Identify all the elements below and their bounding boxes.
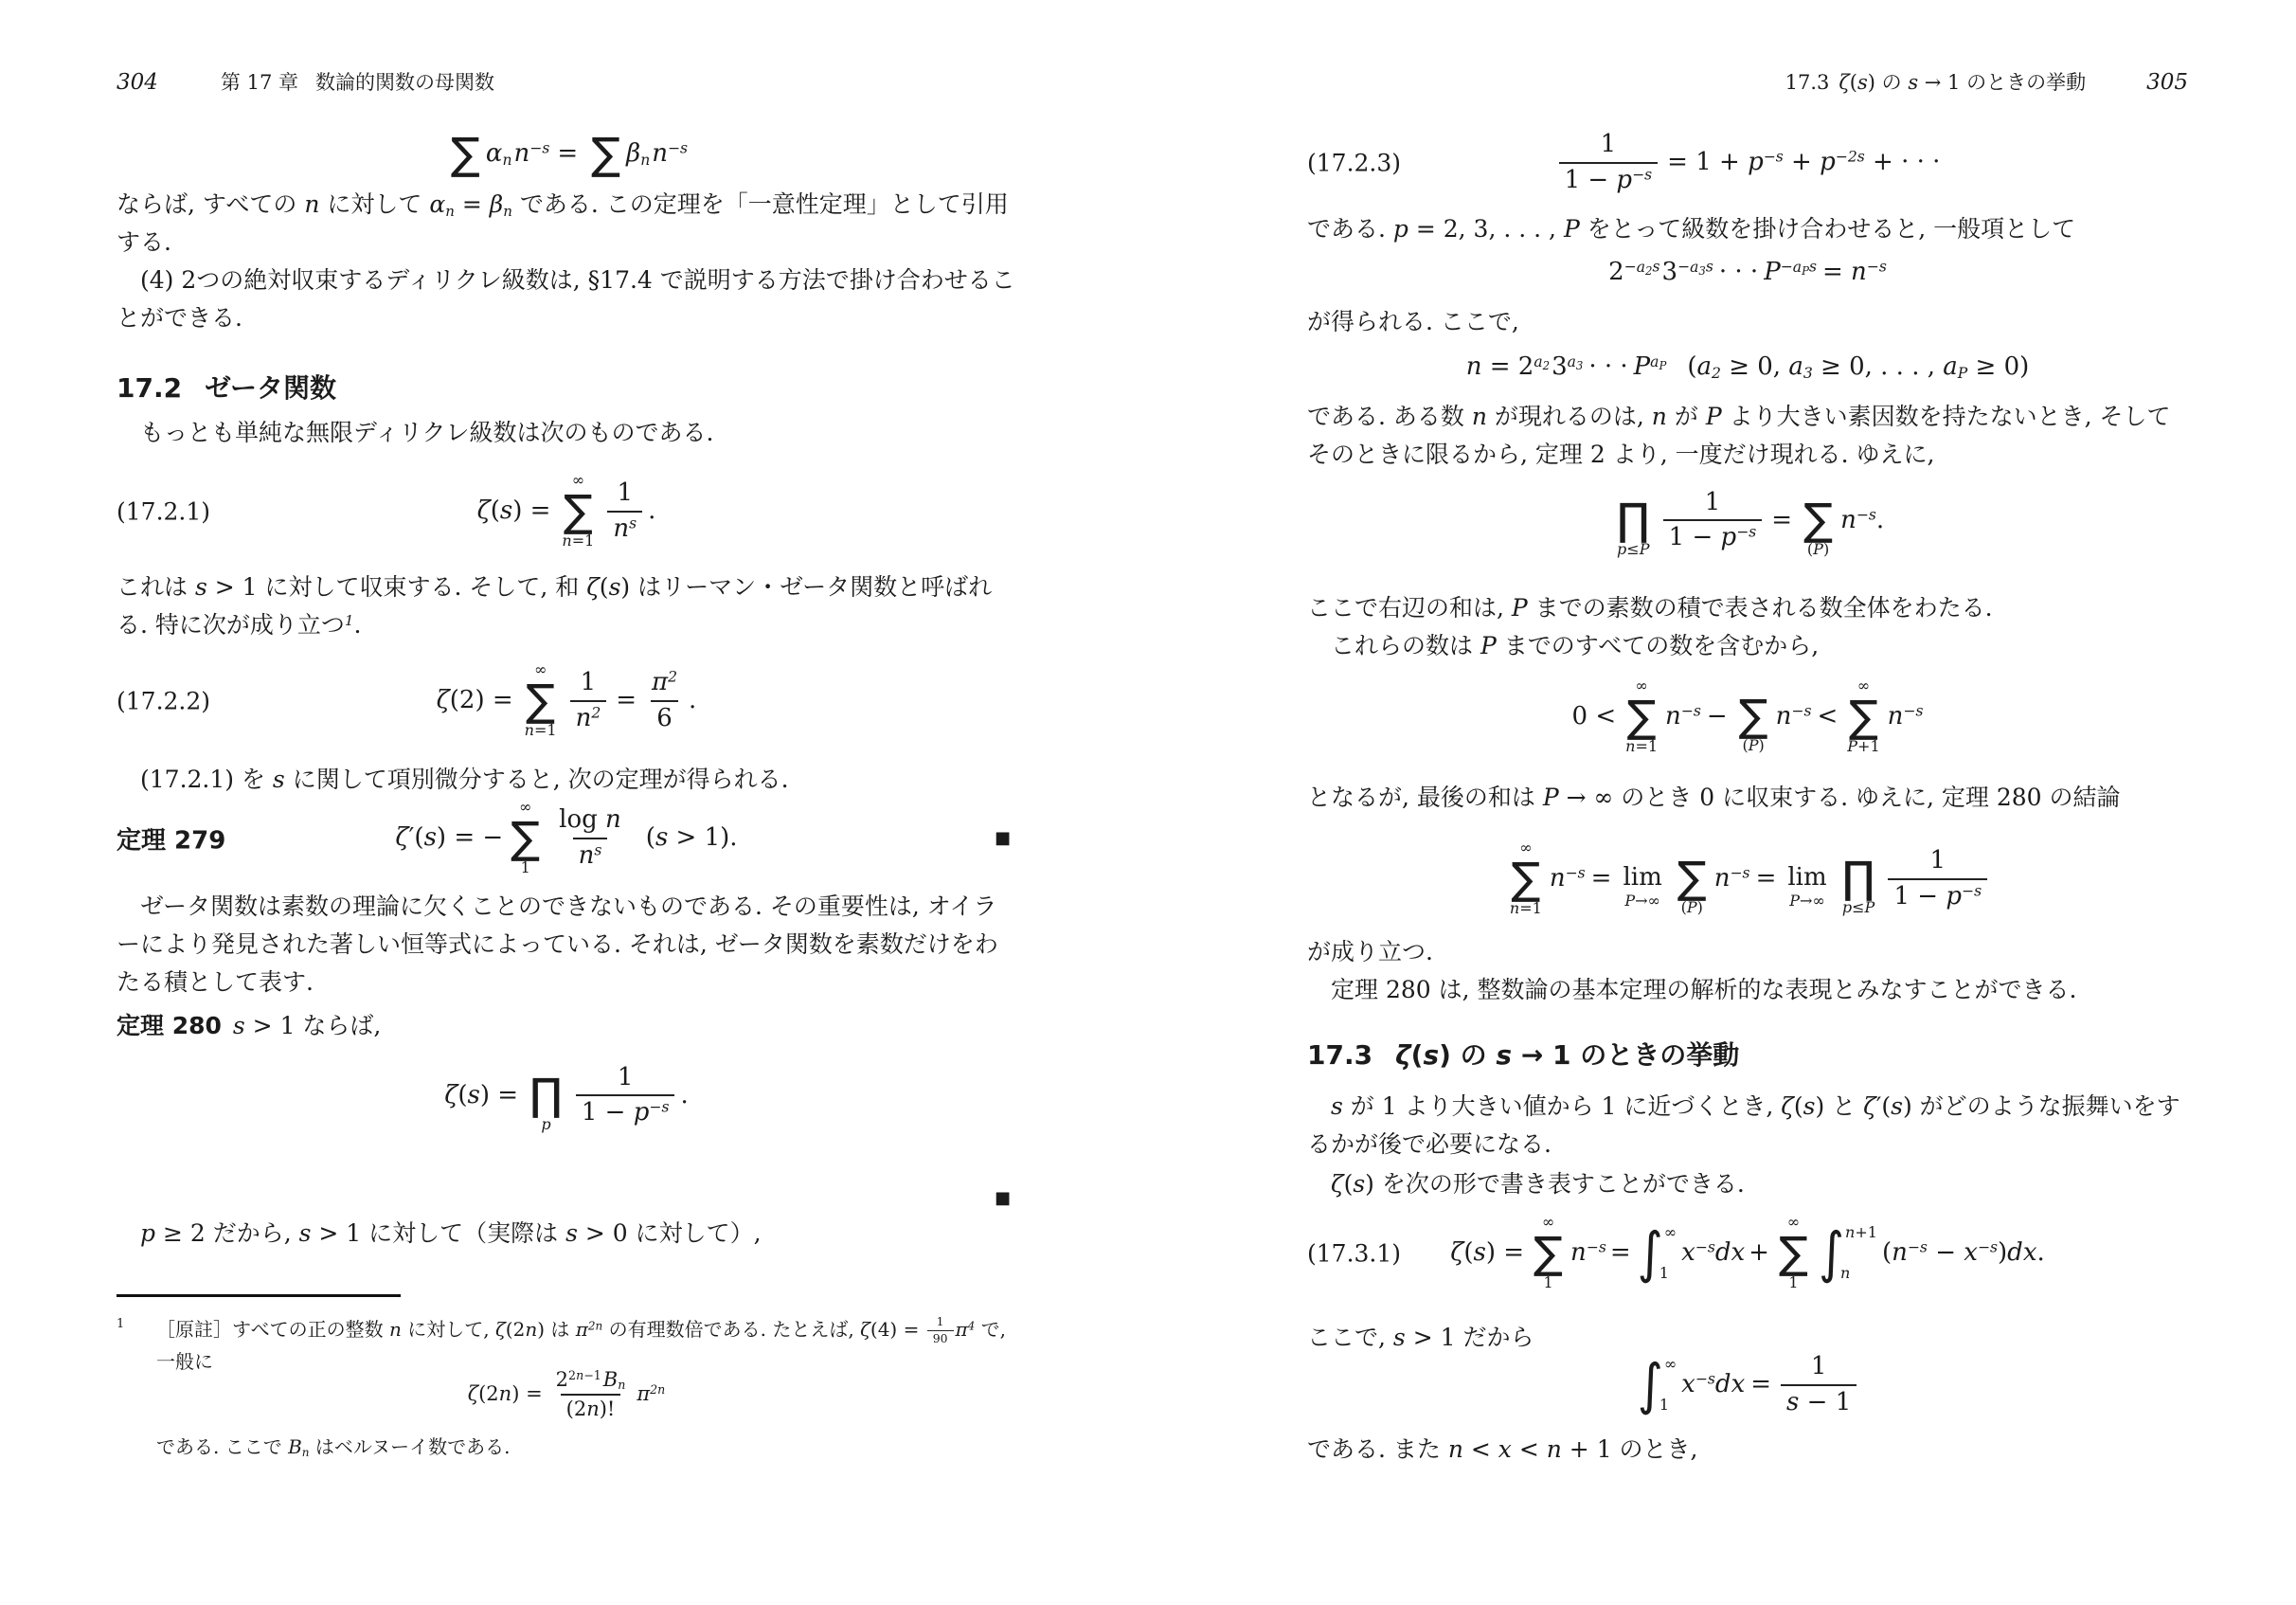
math-text: ) (1823, 540, 1829, 560)
superscript: 2 (591, 704, 601, 721)
operator-lower-limit: n=1 (1625, 737, 1658, 757)
math-text: 2 (650, 1382, 657, 1397)
math-text: 第 17 章 (221, 71, 298, 94)
math-text: ( (1850, 71, 1857, 94)
math-text: ここで右辺の和は, (1307, 594, 1512, 622)
math-text: 6 (656, 704, 673, 732)
math-text: ≤ (1852, 898, 1864, 918)
superscript: −s (1764, 149, 1784, 166)
math-text: P (1865, 898, 1875, 918)
math-text: = (455, 190, 490, 218)
math-text: ( (1794, 1092, 1803, 1120)
limit-operator: limP→∞ (1787, 846, 1826, 911)
math-text: 17.2 (117, 372, 182, 404)
math-text: n (1472, 403, 1487, 430)
math-text: n (1845, 1223, 1855, 1243)
fraction: 190 (927, 1314, 954, 1347)
operator-lower-limit: p≤P (1617, 540, 1649, 560)
qed-marker: ■ (995, 830, 1011, 847)
math-text: 1 − (1893, 882, 1946, 911)
math-text: もっとも単純な無限ディリクレ級数は次のものである. (140, 419, 713, 446)
math-text: −1 (583, 1368, 601, 1382)
math-text: ) の (1439, 1039, 1496, 1071)
math-text: ≥ 0) (1967, 352, 2029, 384)
fraction: 11 − p−s (1559, 128, 1659, 198)
equation: ζ(s) =∞∑n=11ns. (477, 471, 656, 551)
para-express-form: ζ(s) を次の形で書き表すことができる. (1307, 1165, 2188, 1203)
math-text: ゼータ関数 (205, 372, 336, 404)
math-text: > 1 ならば, (245, 1012, 382, 1039)
superscript: a2 (1534, 353, 1550, 370)
right-page: 17.3ζ(s) の s → 1 のときの挙動 305 (17.2.3)11 −… (1307, 0, 2188, 1605)
math-text: − 1 (1799, 1388, 1851, 1416)
spacer (1611, 878, 1617, 880)
math-text: ( (1882, 1237, 1892, 1270)
math-text: n (1547, 1435, 1562, 1463)
math-text: ［原註］すべての正の整数 (156, 1318, 389, 1341)
math-text: αn (429, 190, 455, 218)
math-text: n (1466, 352, 1482, 384)
math-text: ) の (1868, 71, 1909, 94)
big-operator: ∞∑1 (511, 798, 540, 878)
spacer (1829, 87, 1839, 89)
math-text: ) = − (437, 822, 503, 855)
math-text: βn (490, 190, 512, 218)
integral-limits: ∞1 (1664, 1355, 1677, 1416)
math-text: 1 (1930, 846, 1946, 875)
spacer (1668, 878, 1672, 880)
qed-row: ■ (117, 1184, 1016, 1213)
math-text: n (605, 805, 621, 834)
display-eq-uniqueness: ∑αnn−s=∑βnn−s (117, 127, 1016, 182)
math-text: P (1749, 736, 1759, 756)
subscript: 2 (1712, 365, 1721, 382)
operator-symbol: ∑ (591, 134, 620, 175)
math-text: ( (457, 1080, 467, 1112)
section-heading-17-2: 17.2ゼータ関数 (117, 371, 1016, 406)
math-text: ζ (444, 1080, 457, 1112)
math-text: ( (1463, 1237, 1473, 1270)
math-text: 定理 280 は, 整数論の基本定理の解析的な表現とみなすことができる. (1331, 976, 2076, 1003)
math-text: である. また (1307, 1435, 1448, 1463)
math-text: + (1784, 147, 1820, 179)
math-text: ゼータ関数は素数の理論に欠くことのできないものである. その重要性は, オイラー… (117, 893, 998, 996)
math-text: s (1423, 1039, 1439, 1071)
math-text: ζ (1863, 1092, 1876, 1120)
math-text: 定理 280 (117, 1012, 222, 1039)
math-text: 1 (937, 1314, 944, 1328)
math-text: 1 (1601, 130, 1617, 158)
math-text: ζ (468, 1381, 478, 1407)
math-text: > 1). (668, 822, 737, 855)
math-text: s (1652, 259, 1659, 276)
math-text: n−s (652, 138, 688, 171)
display-eq-n-factorization: n = 2a23a3· · ·PaP(a2 ≥ 0, a3 ≥ 0, . . .… (1307, 344, 2188, 391)
fraction-numerator: log n (553, 803, 627, 838)
equation: ∏p≤P11 − p−s=∑(P)n−s. (1611, 481, 1884, 560)
math-text: ) は (537, 1318, 576, 1341)
big-operator: ∞∑n=1 (1510, 839, 1542, 919)
equation: ζ(2n) =22n−1Bn(2n)!π2n (468, 1366, 666, 1424)
fraction-numerator: 22n−1Bn (550, 1366, 632, 1394)
fraction: 1s − 1 (1781, 1350, 1857, 1420)
operator-lower-limit: 1 (1788, 1273, 1798, 1293)
big-operator: ∏p≤P (1842, 839, 1875, 918)
footnote-equation: ζ(2n) =22n−1Bn(2n)!π2n (117, 1362, 1016, 1428)
math-text: = (1750, 1369, 1771, 1401)
math-text: n (576, 1368, 583, 1382)
math-text: P (1564, 215, 1580, 243)
fraction-denominator: (2n)! (561, 1394, 621, 1423)
math-text: ≥ 2 だから, (155, 1219, 299, 1247)
spacer (1833, 878, 1837, 880)
math-text: → 1 のときの挙動 (1918, 71, 2086, 94)
math-text: = 2, 3, . . . , (1408, 215, 1564, 243)
math-text: の有理数倍である. たとえば, (602, 1318, 860, 1341)
operator-lower-limit: (P) (1743, 736, 1765, 756)
subscript: n (302, 1446, 310, 1459)
math-text: が現れるのは, (1487, 403, 1652, 430)
fraction-denominator: 1 − p−s (1663, 519, 1763, 555)
math-text: = (1771, 505, 1792, 537)
para-item4: (4) 2つの絶対収束するディリクレ級数は, §17.4 で説明する方法で掛け合… (117, 261, 1016, 337)
operator-symbol: ∑ (1534, 1233, 1563, 1274)
left-page: 304 第 17 章数論的関数の母関数 ∑αnn−s=∑βnn−sならば, すべ… (117, 0, 1016, 1605)
integral-upper-limit: ∞ (1664, 1355, 1677, 1375)
para-contains-all: これらの数は P までのすべての数を含むから, (1307, 627, 2188, 665)
superscript: −s (1978, 1238, 1998, 1255)
spacer (543, 1394, 547, 1396)
subscript: P (1958, 365, 1968, 382)
superscript: −s (668, 140, 688, 157)
operator-lower-limit: p (541, 1115, 550, 1135)
math-text: が (1667, 403, 1706, 430)
math-text: ) = (1486, 1237, 1524, 1270)
integral-upper-limit: ∞ (1664, 1223, 1677, 1243)
fraction-denominator: ns (607, 511, 642, 547)
math-text: n (525, 721, 534, 741)
para-rhs-sum: ここで右辺の和は, P までの素数の積で表される数全体をわたる. (1307, 589, 2188, 627)
math-text: n−s (514, 138, 550, 171)
math-text: PaP (1634, 352, 1667, 384)
math-text: が成り立つ. (1307, 938, 1433, 965)
math-text: (2 (506, 1318, 526, 1341)
superscript: −s (649, 1099, 669, 1116)
integral: ∫n+1n (1819, 1223, 1877, 1284)
math-text: ns (579, 841, 602, 870)
math-text: + (1749, 1237, 1769, 1270)
math-text: s (565, 1219, 578, 1247)
math-text: (2 (566, 1398, 587, 1420)
math-text: (17.2.1) を (140, 766, 273, 793)
integral: ∫∞1 (1638, 1355, 1677, 1416)
display-eq-17-3-1: (17.3.1)ζ(s) =∞∑1n−s=∫∞1x−sdx+∞∑1∫n+1n(n… (1307, 1203, 2188, 1303)
math-text: 1 − (1565, 166, 1617, 194)
math-text: ζ (860, 1318, 870, 1341)
para-p-ge-2: p ≥ 2 だから, s > 1 に対して（実際は s > 0 に対して）, (117, 1215, 1016, 1253)
math-text: = (1822, 257, 1851, 289)
math-text: ζ (437, 685, 450, 717)
fraction-denominator: 1 − p−s (1888, 878, 1987, 914)
math-text: 2 (568, 1368, 576, 1382)
superscript: s (629, 514, 637, 532)
math-text: n (304, 190, 319, 218)
superscript: −s (1962, 882, 1982, 899)
fraction: 11 − p−s (1663, 486, 1763, 556)
math-text: a2 (1534, 353, 1550, 370)
spacer (503, 838, 505, 839)
math-text: βn (626, 138, 650, 171)
equation: ζ(s) =∏p11 − p−s. (444, 1056, 688, 1135)
limit-word: lim (1623, 864, 1661, 892)
display-eq-partial-product: ∏p≤P11 − p−s=∑(P)n−s. (1307, 476, 2188, 566)
math-text: ζ (586, 573, 600, 601)
math-text: となるが, 最後の和は (1307, 784, 1543, 811)
math-text: . (680, 1080, 688, 1112)
display-eq-17-2-1: (17.2.1)ζ(s) =∞∑n=11ns. (117, 466, 1016, 556)
math-text: P (1624, 892, 1635, 911)
math-text: ) = (512, 496, 550, 528)
math-text: = (1756, 863, 1777, 895)
integral-upper-limit: n+1 (1845, 1223, 1877, 1243)
math-text: 1 (1543, 1273, 1552, 1293)
math-text: αn (486, 138, 512, 171)
big-operator: ∏p (529, 1056, 563, 1135)
theorem-280-intro: 定理 280s > 1 ならば, (117, 1007, 1016, 1045)
equation: ∞∑n=1n−s=limP→∞∑(P)n−s=limP→∞∏p≤P11 − p−… (1504, 839, 1991, 919)
math-text: Bn (603, 1368, 626, 1391)
math-text: ) を次の形で書き表すことができる. (1365, 1170, 1745, 1198)
math-text: n (1625, 737, 1635, 757)
operator-lower-limit: 1 (1543, 1273, 1552, 1293)
spacer (549, 153, 557, 155)
big-operator: ∞∑n=1 (1625, 676, 1658, 757)
math-text: s (468, 1080, 480, 1112)
math-text: n−s (1840, 505, 1876, 537)
fraction-numerator: 1 (1595, 128, 1623, 162)
spacer (1771, 1384, 1777, 1386)
math-text: n−s (1570, 1237, 1606, 1270)
math-text: π2n (576, 1318, 603, 1341)
math-text: + 1 のとき, (1562, 1435, 1698, 1463)
math-text: = (1610, 1237, 1631, 1270)
math-text: までの素数の積で表される数全体をわたる. (1528, 594, 1993, 622)
big-operator: ∑(P) (1739, 677, 1768, 756)
math-text: n (389, 1318, 402, 1341)
math-text: に対して, (402, 1318, 495, 1341)
math-text: > 1 に対して（実際は (311, 1219, 565, 1247)
math-text: が 1 より大きい値から 1 に近づくとき, (1343, 1092, 1781, 1120)
math-text: . (1876, 505, 1884, 537)
operator-symbol: ∑ (526, 680, 555, 722)
operator-symbol: ∑ (511, 818, 540, 859)
math-text: に対して (319, 190, 429, 218)
math-text: (2 (478, 1381, 499, 1407)
superscript: 2n (588, 1319, 602, 1332)
operator-lower-limit: 1 (521, 858, 530, 878)
operator-symbol: ∑ (1779, 1233, 1808, 1274)
operator-symbol: ∑ (564, 491, 593, 532)
para-simplest-series: もっとも単純な無限ディリクレ級数は次のものである. (117, 414, 1016, 452)
integral-limits: n+1n (1845, 1223, 1877, 1284)
footnote-1-end: である. ここで Bn はベルヌーイ数である. (117, 1433, 1016, 1462)
math-text: (2) = (450, 685, 513, 717)
math-text: ′( (409, 822, 424, 855)
math-text: ζ (1395, 1039, 1411, 1071)
math-text: n (1510, 899, 1519, 919)
math-text: s (195, 573, 207, 601)
big-operator: ∑ (451, 134, 480, 175)
spacer (631, 838, 646, 839)
equation: ∫∞1x−sdx=1s − 1 (1635, 1350, 1860, 1420)
integral-symbol: ∫ (1819, 1225, 1844, 1280)
math-text: P−aPs (1764, 257, 1817, 289)
math-text: =1 (534, 721, 557, 741)
equation: n = 2a23a3· · ·PaP(a2 ≥ 0, a3 ≥ 0, . . .… (1466, 352, 2030, 384)
equation-label: (17.2.2) (117, 687, 210, 714)
math-text: − (1928, 1237, 1964, 1270)
math-text: =1 (1635, 737, 1658, 757)
equation: ζ(2) =∞∑n=11n2=π26. (437, 660, 697, 741)
math-text: ) と (1815, 1092, 1863, 1120)
math-text: n (657, 1382, 665, 1397)
math-text: 17.3 (1307, 1039, 1372, 1071)
spacer (1838, 716, 1841, 718)
math-text: (4) = (870, 1318, 925, 1341)
para-obtained: が得られる. ここで, (1307, 303, 2188, 341)
book-spread: { "symbols": { "qed": "■", "lim": "lim",… (0, 0, 2296, 1605)
para-converges: これは s > 1 に対して収束する. そして, 和 ζ(s) はリーマン・ゼー… (117, 568, 1016, 644)
limit-word: lim (1787, 864, 1826, 892)
math-text: )! (600, 1398, 616, 1420)
math-text: π2 (652, 668, 677, 696)
integral-symbol: ∫ (1638, 1225, 1663, 1280)
math-text: = 1 + (1667, 147, 1748, 179)
math-text: > 0 に対して）, (578, 1219, 762, 1247)
big-operator: ∏p≤P (1617, 481, 1650, 560)
integral-lower-limit: n (1840, 1264, 1877, 1284)
math-text: ( (1411, 1039, 1424, 1071)
math-text: s (500, 496, 512, 528)
subscript: 3 (1576, 358, 1583, 371)
math-text: > 1 に対して収束する. そして, 和 (207, 573, 586, 601)
para-holds: が成り立つ. (1307, 933, 2188, 971)
math-text: 1 (117, 1309, 156, 1339)
spacer (550, 511, 556, 513)
math-text: 1 (1705, 488, 1721, 516)
subscript: 3 (1803, 365, 1813, 382)
subscript: n (618, 1378, 625, 1392)
superscript: −2s (1836, 149, 1865, 166)
math-text: P (1813, 540, 1823, 560)
math-text: →∞ (1800, 892, 1825, 911)
math-text: p (1393, 215, 1408, 243)
spacer (182, 395, 205, 397)
superscript: −a3s (1677, 259, 1713, 276)
math-text: s (655, 822, 668, 855)
spacer (1792, 519, 1798, 521)
integral-limits: ∞1 (1664, 1223, 1677, 1284)
big-operator: ∞∑P+1 (1847, 676, 1879, 757)
math-text: aP (1793, 259, 1809, 276)
left-page-number: 304 (117, 68, 158, 97)
math-text: n2 (576, 704, 601, 732)
right-page-number: 305 (2146, 68, 2188, 97)
equation-label: (17.2.1) (117, 497, 210, 525)
big-operator: ∑ (591, 134, 620, 175)
integral-symbol: ∫ (1638, 1358, 1663, 1413)
math-text: 1 − (582, 1098, 634, 1127)
math-text: n−s (1714, 863, 1750, 895)
spacer (1616, 716, 1620, 718)
math-text: 17.3 (1785, 71, 1830, 94)
big-operator: ∑(P) (1803, 481, 1833, 560)
section-heading-17-3: 17.3ζ(s) の s → 1 のときの挙動 (1307, 1038, 2188, 1073)
spacer (1631, 1253, 1635, 1254)
superscript: 2n−1 (568, 1368, 601, 1382)
math-text: 3a3 (1552, 352, 1583, 384)
math-text: n−s (1550, 863, 1586, 895)
superscript: −s (1867, 259, 1887, 276)
math-text: =1 (1519, 899, 1542, 919)
spacer (1814, 1253, 1816, 1254)
fraction: 11 − p−s (1888, 844, 1987, 914)
math-text: a3 (1788, 352, 1812, 384)
math-text: s (1908, 71, 1918, 94)
fraction-numerator: 1 (931, 1314, 950, 1330)
math-text: P (1543, 784, 1559, 811)
superscript: −s (1695, 1238, 1715, 1255)
math-text: →∞ (1635, 892, 1660, 911)
integral: ∫∞1 (1638, 1223, 1677, 1284)
math-text: s (1809, 259, 1817, 276)
math-text: − (1624, 259, 1637, 276)
math-text: x−s (1964, 1237, 1998, 1270)
math-text: n−s (1888, 701, 1924, 733)
superscript: −s (1736, 524, 1756, 541)
math-text: n (1448, 1435, 1463, 1463)
math-text: 0 < (1572, 701, 1617, 733)
limit-lower: P→∞ (1624, 892, 1660, 911)
display-eq-euler-product: ζ(s) =∏p11 − p−s. (117, 1051, 1016, 1141)
spacer (568, 1094, 572, 1096)
display-eq-17-2-2: (17.2.2)ζ(2) =∞∑n=11n2=π26. (117, 656, 1016, 746)
math-text: +1 (1857, 737, 1880, 757)
math-text: ( (646, 822, 655, 855)
math-text: s (299, 1219, 312, 1247)
math-text: s (424, 822, 437, 855)
math-text: x−s (1681, 1369, 1715, 1401)
math-text: dx (1715, 1369, 1745, 1401)
math-text: aP (1943, 352, 1967, 384)
math-text: (4) 2つの絶対収束するディリクレ級数は, §17.4 で説明する方法で掛け合… (117, 266, 1015, 332)
theorem-279: 定理 279ζ′(s) = −∞∑1log nns(s > 1).■ (117, 793, 1016, 883)
math-text: p−s (634, 1098, 670, 1127)
math-text: P (1847, 737, 1857, 757)
equation: 2−a2s3−a3s· · ·P−aPs= n−s (1608, 257, 1887, 289)
superscript: −a2s (1624, 259, 1660, 276)
math-text: n (1652, 403, 1667, 430)
math-text: < (1512, 1435, 1547, 1463)
math-text: s (1474, 1237, 1486, 1270)
spacer (1769, 1253, 1773, 1254)
big-operator: ∞∑1 (1534, 1213, 1563, 1293)
fraction-numerator: 1 (1925, 844, 1952, 878)
math-text: 22n−1 (556, 1368, 601, 1391)
math-text: − (1707, 701, 1728, 733)
display-eq-limit: ∞∑n=1n−s=limP→∞∑(P)n−s=limP→∞∏p≤P11 − p−… (1307, 834, 2188, 924)
math-text: ならば, すべての (117, 190, 304, 218)
